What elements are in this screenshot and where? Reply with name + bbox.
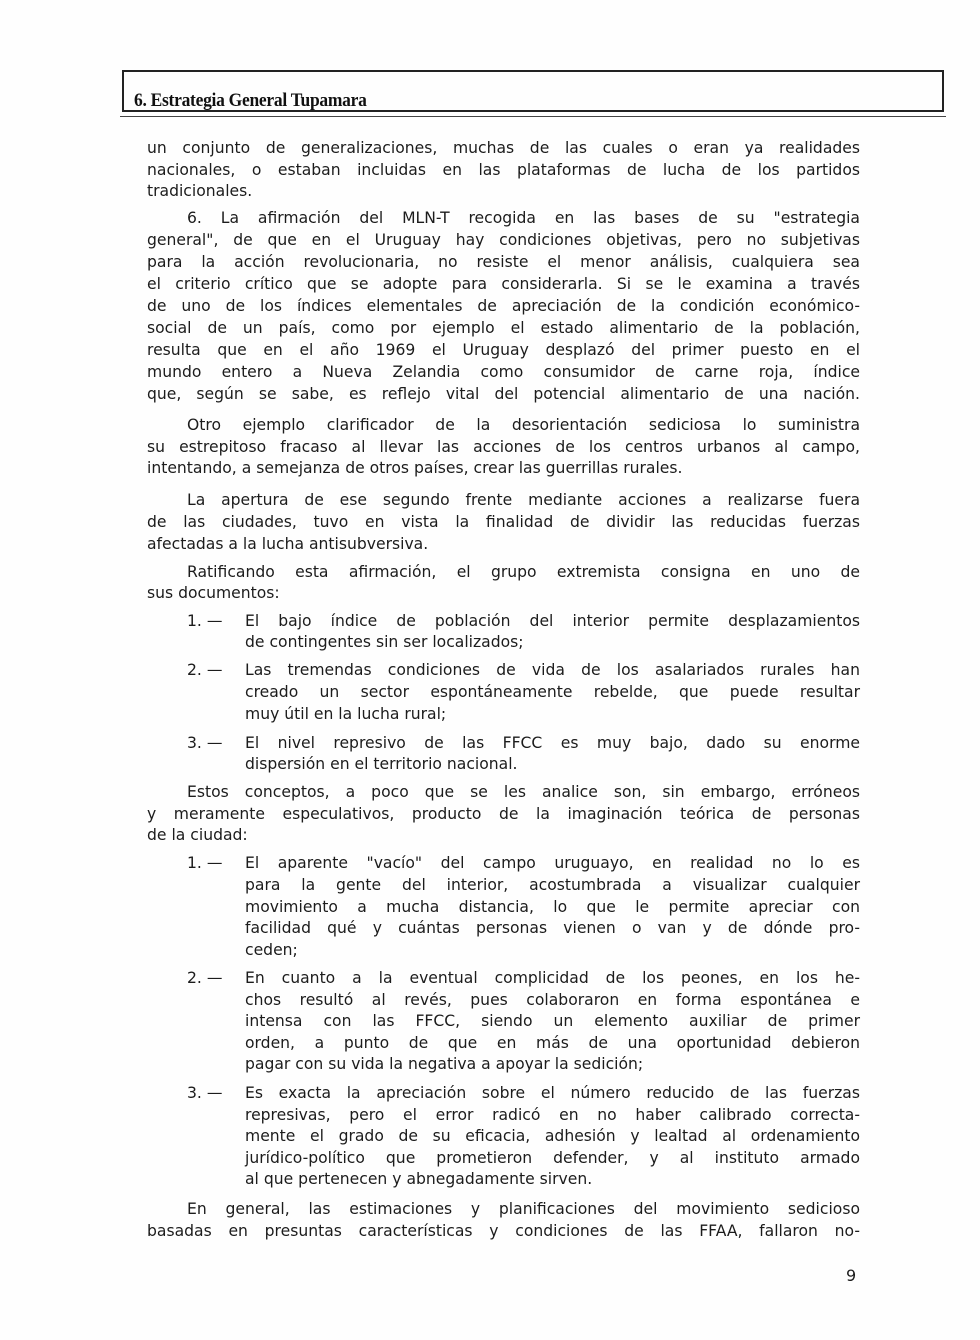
text-line: general", de que en el Uruguay hay condi… — [147, 230, 860, 250]
text-line: nacionales, o estaban incluidas en las p… — [147, 160, 860, 180]
text-line: basadas en presuntas características y c… — [147, 1221, 860, 1241]
text-line: movimiento a mucha distancia, lo que le … — [245, 897, 860, 917]
text-line: de uno de los índices elementales de apr… — [147, 296, 860, 316]
text-line: Es exacta la apreciación sobre el número… — [245, 1083, 860, 1103]
text-line: facilidad qué y cuántas personas vienen … — [245, 918, 860, 938]
text-line: Las tremendas condiciones de vida de los… — [245, 660, 860, 680]
text-line: creado un sector espontáneamente rebelde… — [245, 682, 860, 702]
text-line: 6. La afirmación del MLN-T recogida en l… — [187, 208, 860, 228]
text-line: intentando, a semejanza de otros países,… — [147, 458, 860, 478]
text-line: social de un país, como por ejemplo el e… — [147, 318, 860, 338]
text-line: para la gente del interior, acostumbrada… — [245, 875, 860, 895]
text-line: afectadas a la lucha antisubversiva. — [147, 534, 860, 554]
text-line: resulta que en el año 1969 el Uruguay de… — [147, 340, 860, 360]
text-line: Ratificando esta afirmación, el grupo ex… — [187, 562, 860, 582]
text-line: El bajo índice de población del interior… — [245, 611, 860, 631]
list-item-number: 1. — — [187, 853, 247, 873]
text-line: ceden; — [245, 940, 860, 960]
text-line: pagar con su vida la negativa a apoyar l… — [245, 1054, 860, 1074]
document-page: 6. Estrategia General Tupamara un conjun… — [0, 0, 980, 1340]
text-line: muy útil en la lucha rural; — [245, 704, 860, 724]
text-line: En cuanto a la eventual complicidad de l… — [245, 968, 860, 988]
list-item-number: 1. — — [187, 611, 247, 631]
text-line: al que pertenecen y abnegadamente sirven… — [245, 1169, 860, 1189]
text-line: tradicionales. — [147, 181, 860, 201]
list-item-number: 3. — — [187, 733, 247, 753]
page-number: 9 — [846, 1266, 856, 1285]
list-item-number: 3. — — [187, 1083, 247, 1103]
text-line: su estrepitoso fracaso al llevar las acc… — [147, 437, 860, 457]
text-line: el criterio crítico que se adopte para c… — [147, 274, 860, 294]
text-line: para la acción revolucionaria, no resist… — [147, 252, 860, 272]
text-line: dispersión en el territorio nacional. — [245, 754, 860, 774]
text-line: un conjunto de generalizaciones, muchas … — [147, 138, 860, 158]
text-line: orden, a punto de que en más de una opor… — [245, 1033, 860, 1053]
header-underline — [120, 116, 946, 117]
text-line: jurídico-político que prometieron defend… — [245, 1148, 860, 1168]
list-item-number: 2. — — [187, 660, 247, 680]
text-line: que, según se sabe, es reflejo vital del… — [147, 384, 860, 404]
list-item-number: 2. — — [187, 968, 247, 988]
text-line: de la ciudad: — [147, 825, 860, 845]
text-line: El aparente "vacío" del campo uruguayo, … — [245, 853, 860, 873]
text-line: de las ciudades, tuvo en vista la finali… — [147, 512, 860, 532]
text-line: La apertura de ese segundo frente median… — [187, 490, 860, 510]
text-line: intensa con las FFCC, siendo un elemento… — [245, 1011, 860, 1031]
text-line: En general, las estimaciones y planifica… — [187, 1199, 860, 1219]
chapter-title: 6. Estrategia General Tupamara — [134, 90, 367, 112]
text-line: El nivel represivo de las FFCC es muy ba… — [245, 733, 860, 753]
text-line: chos resultó al revés, pues colaboraron … — [245, 990, 860, 1010]
text-line: Estos conceptos, a poco que se les anali… — [187, 782, 860, 802]
text-line: y meramente especulativos, producto de l… — [147, 804, 860, 824]
text-line: represivas, pero el error radicó en no h… — [245, 1105, 860, 1125]
text-line: mente el grado de su eficacia, adhesión … — [245, 1126, 860, 1146]
text-line: de contingentes sin ser localizados; — [245, 632, 860, 652]
text-line: Otro ejemplo clarificador de la desorien… — [187, 415, 860, 435]
text-line: sus documentos: — [147, 583, 860, 603]
text-line: mundo entero a Nueva Zelandia como consu… — [147, 362, 860, 382]
